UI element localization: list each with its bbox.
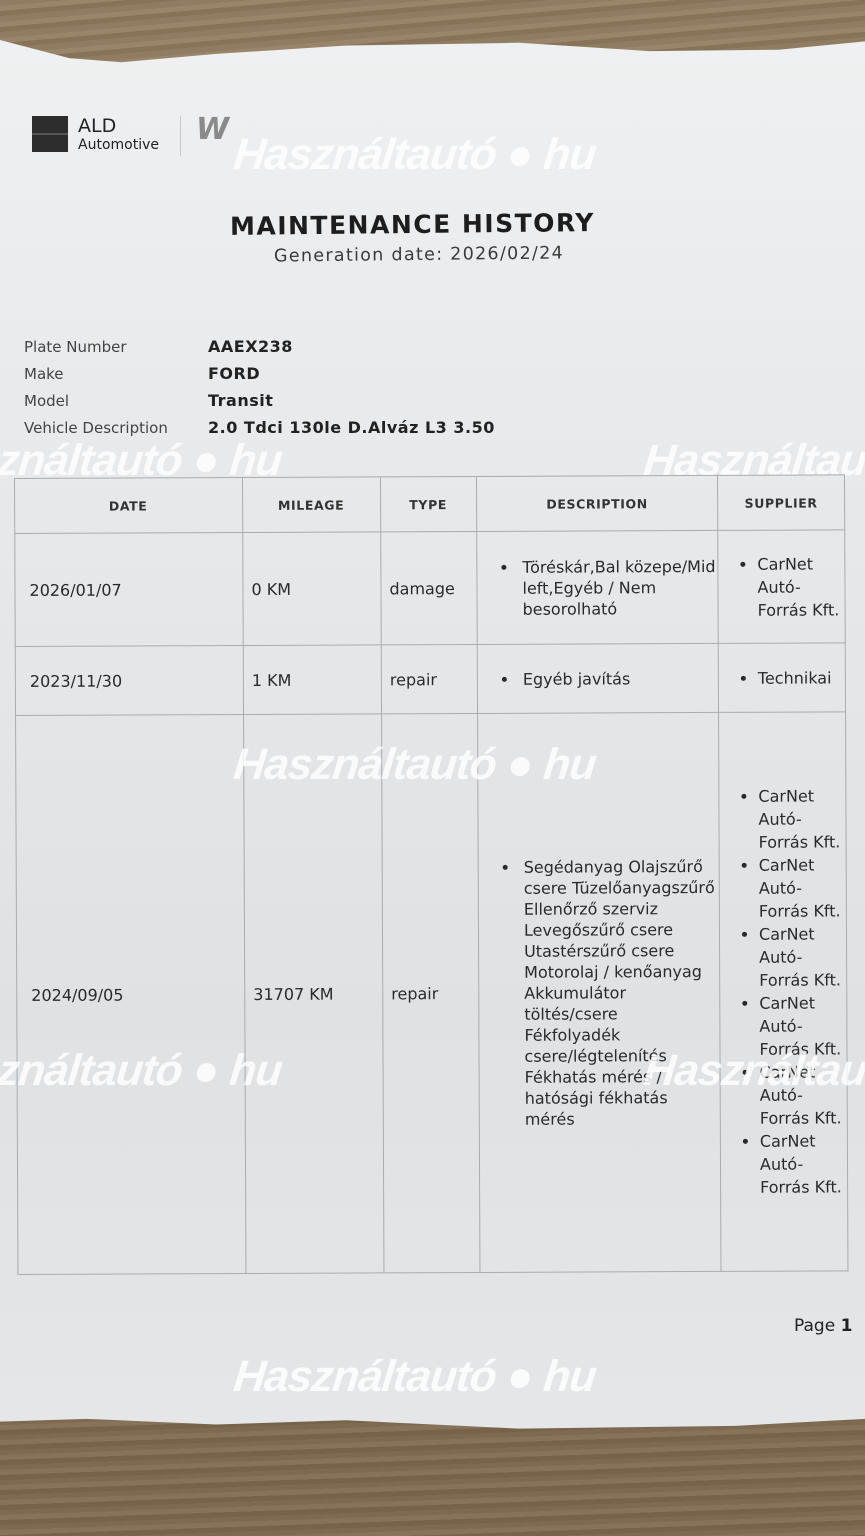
info-label: Vehicle Description: [24, 419, 208, 437]
cell-type: repair: [382, 713, 480, 1272]
column-header-description: DESCRIPTION: [476, 475, 717, 531]
cell-date: 2026/01/07: [15, 533, 243, 647]
info-value: 2.0 Tdci 130le D.Alváz L3 3.50: [208, 418, 495, 437]
column-header-mileage: MILEAGE: [243, 477, 381, 533]
cell-description: Segédanyag Olajszűrő csere Tüzelőanyagsz…: [478, 712, 721, 1272]
brand-sub: Automotive: [78, 138, 159, 152]
table-row: 2026/01/070 KMdamageTöréskár,Bal közepe/…: [15, 530, 845, 647]
table-row: 2023/11/301 KMrepairEgyéb javításTechnik…: [15, 643, 845, 716]
cell-supplier: CarNet Autó-Forrás Kft.CarNet Autó-Forrá…: [719, 712, 848, 1272]
page-number-value: 1: [841, 1316, 853, 1336]
cell-mileage: 0 KM: [243, 532, 381, 646]
vehicle-info-row: MakeFORD: [24, 360, 495, 387]
cell-supplier: Technikai: [718, 643, 845, 713]
info-value: FORD: [208, 364, 260, 383]
page-title: MAINTENANCE HISTORY: [230, 208, 595, 241]
maintenance-history-table: DATE MILEAGE TYPE DESCRIPTION SUPPLIER 2…: [14, 474, 848, 1275]
supplier-item: CarNet Autó-Forrás Kft.: [758, 784, 844, 853]
wood-background-bottom: [0, 1420, 865, 1536]
watermark: Használtautó ● hu: [231, 130, 598, 180]
watermark: Használtautó ● hu: [231, 1352, 598, 1402]
supplier-item: CarNet Autó-Forrás Kft.: [759, 922, 845, 991]
watermark: Használtautó ● hu: [231, 740, 598, 790]
column-header-date: DATE: [15, 478, 243, 534]
cell-description: Egyéb javítás: [477, 643, 718, 713]
watermark: Használtautó ● hu: [641, 1046, 865, 1096]
ald-automotive-logo: ALD Automotive: [32, 116, 159, 152]
supplier-item: CarNet Autó-Forrás Kft.: [759, 853, 845, 922]
cell-mileage: 31707 KM: [244, 714, 384, 1274]
page-label: Page: [794, 1316, 835, 1336]
vehicle-info-row: ModelTransit: [24, 387, 495, 414]
cell-mileage: 1 KM: [243, 645, 381, 715]
table-header-row: DATE MILEAGE TYPE DESCRIPTION SUPPLIER: [15, 475, 845, 534]
column-header-supplier: SUPPLIER: [717, 475, 844, 531]
info-value: AAEX238: [208, 337, 293, 356]
description-item: Töréskár,Bal közepe/Mid left,Egyéb / Nem…: [518, 555, 716, 619]
brand-name: ALD: [78, 117, 159, 136]
watermark: Használtautó ● hu: [0, 1046, 284, 1096]
info-label: Plate Number: [24, 338, 208, 356]
supplier-item: CarNet Autó-Forrás Kft.: [757, 552, 843, 621]
table-row: 2024/09/0531707 KMrepairSegédanyag Olajs…: [16, 712, 848, 1275]
generation-date: Generation date: 2026/02/24: [274, 243, 564, 266]
cell-type: damage: [381, 531, 477, 644]
info-label: Model: [24, 392, 208, 410]
cell-date: 2024/09/05: [16, 715, 246, 1275]
info-value: Transit: [208, 391, 273, 410]
vehicle-info-row: Plate NumberAAEX238: [24, 333, 495, 360]
logo-divider: [180, 116, 181, 156]
description-item: Egyéb javítás: [519, 667, 717, 689]
supplier-item: Technikai: [758, 666, 844, 689]
ald-logo-mark-icon: [32, 116, 68, 152]
cell-date: 2023/11/30: [15, 646, 243, 716]
cell-type: repair: [381, 644, 477, 713]
cell-supplier: CarNet Autó-Forrás Kft.: [718, 530, 845, 644]
cell-description: Töréskár,Bal közepe/Mid left,Egyéb / Nem…: [477, 530, 718, 644]
supplier-item: CarNet Autó-Forrás Kft.: [760, 1129, 846, 1198]
partner-logo-icon: W: [196, 112, 223, 147]
info-label: Make: [24, 365, 208, 383]
column-header-type: TYPE: [380, 476, 476, 531]
page-number: Page 1: [794, 1316, 852, 1336]
vehicle-info: Plate NumberAAEX238MakeFORDModelTransitV…: [24, 333, 495, 441]
